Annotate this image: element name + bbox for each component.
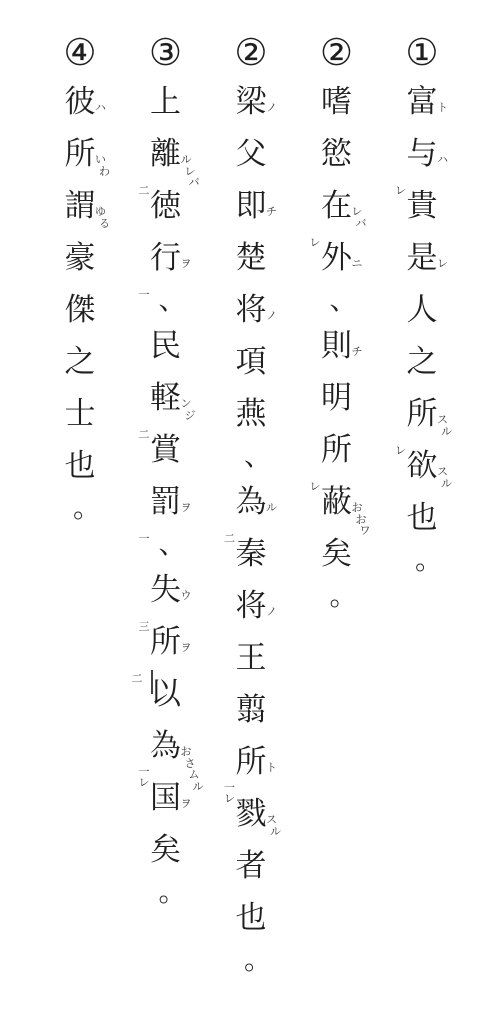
kanji-glyph: 矣 bbox=[149, 832, 183, 868]
kanji-cell: 所ト一レ bbox=[234, 744, 268, 796]
kanji-glyph: 以 bbox=[149, 676, 183, 712]
kanji-glyph: 燕 bbox=[234, 396, 268, 432]
kanji-glyph: 楚 bbox=[234, 240, 268, 276]
kanji-glyph: 蔽 bbox=[320, 484, 354, 520]
okurigana-mark: ハ bbox=[95, 102, 106, 114]
kanji-glyph: 父 bbox=[234, 136, 268, 172]
kanji-glyph: 項 bbox=[234, 344, 268, 380]
kanji-cell: 戮スル bbox=[234, 796, 268, 848]
column-number-badge: ② bbox=[315, 30, 359, 84]
kanji-glyph: 慾 bbox=[320, 136, 354, 172]
column-number-badge: ④ bbox=[58, 30, 102, 84]
kanji-cell: 所いわ bbox=[63, 136, 97, 188]
okurigana-mark: ト bbox=[266, 762, 277, 774]
kanji-cell: 与ハレ bbox=[405, 136, 439, 188]
kanji-glyph: 彼 bbox=[63, 84, 97, 120]
kanji-glyph: 也 bbox=[405, 500, 439, 536]
kanji-glyph: 所 bbox=[149, 624, 183, 660]
kanji-cell: 彼ハ bbox=[63, 84, 97, 136]
column-number-badge: ② bbox=[229, 30, 273, 84]
kanji-glyph: 王 bbox=[234, 640, 268, 676]
kanbun-column-5: ④彼ハ所いわ謂ゆる豪傑之士也。 bbox=[44, 30, 116, 536]
okurigana-mark: レ bbox=[437, 258, 448, 270]
punctuation-glyph: 。 bbox=[412, 546, 446, 574]
kanji-cell: 所スルレ bbox=[405, 396, 439, 448]
okurigana-mark: ンジ bbox=[181, 398, 196, 421]
punctuation-cell: 、 bbox=[149, 536, 183, 572]
kanji-glyph: 梁 bbox=[234, 84, 268, 120]
kanji-glyph: 罰 bbox=[149, 484, 183, 520]
okurigana-mark: ヲ bbox=[181, 258, 192, 270]
kanji-glyph: 欲 bbox=[405, 448, 439, 484]
okurigana-mark: ノ bbox=[266, 102, 277, 114]
kanji-glyph: 行 bbox=[149, 240, 183, 276]
kanji-glyph: 明 bbox=[320, 380, 354, 416]
kanji-glyph: 富 bbox=[405, 84, 439, 120]
punctuation-cell: 、 bbox=[320, 292, 354, 328]
okurigana-mark: ヲ bbox=[181, 642, 192, 654]
kanji-cell: 項 bbox=[234, 344, 268, 396]
kanji-glyph: 之 bbox=[63, 344, 97, 380]
kanji-cell: 国ヲ bbox=[149, 780, 183, 832]
kanji-cell: 貴 bbox=[405, 188, 439, 240]
kanji-glyph: 也 bbox=[234, 900, 268, 936]
kanji-cell: 傑 bbox=[63, 292, 97, 344]
kanji-cell: 梁ノ bbox=[234, 84, 268, 136]
kanbun-column-1: ①富ト与ハレ貴是レ人之所スルレ欲スル也。 bbox=[386, 30, 458, 588]
okurigana-mark: ト bbox=[437, 102, 448, 114]
kanji-glyph: 失 bbox=[149, 572, 183, 608]
kanji-cell: 豪 bbox=[63, 240, 97, 292]
kanji-glyph: 傑 bbox=[63, 292, 97, 328]
kanji-cell: 者 bbox=[234, 848, 268, 900]
kanji-cell: 則チ bbox=[320, 328, 354, 380]
kanji-glyph: 在 bbox=[320, 188, 354, 224]
kanji-glyph: 離 bbox=[149, 136, 183, 172]
kanji-glyph: 賞 bbox=[149, 432, 183, 468]
kanji-glyph: 徳 bbox=[149, 188, 183, 224]
okurigana-mark: ノ bbox=[266, 606, 277, 618]
okurigana-mark: スル bbox=[266, 814, 281, 837]
kanji-glyph: 矣 bbox=[320, 536, 354, 572]
kanji-glyph: 戮 bbox=[234, 796, 268, 832]
kanji-cell: 之 bbox=[63, 344, 97, 396]
kanji-glyph: 人 bbox=[405, 292, 439, 328]
kanji-cell: 欲スル bbox=[405, 448, 439, 500]
punctuation-cell: 、 bbox=[234, 448, 268, 484]
okurigana-mark: おさムル bbox=[181, 746, 204, 792]
okurigana-mark: スル bbox=[437, 414, 452, 437]
kanji-glyph: 謂 bbox=[63, 188, 97, 224]
punctuation-glyph: 、 bbox=[156, 530, 190, 558]
punctuation-glyph: 、 bbox=[156, 286, 190, 314]
kanji-cell: 之 bbox=[405, 344, 439, 396]
kanji-cell: 賞 bbox=[149, 432, 183, 484]
kanji-glyph: 所 bbox=[320, 432, 354, 468]
kanji-cell: 為ル二 bbox=[234, 484, 268, 536]
kanji-glyph: 為 bbox=[234, 484, 268, 520]
kanji-glyph: 是 bbox=[405, 240, 439, 276]
kanji-cell: 軽ンジ二 bbox=[149, 380, 183, 432]
kanji-glyph: 翦 bbox=[234, 692, 268, 728]
kaeriten-mark: 二 bbox=[132, 673, 143, 684]
kanbun-column-2: ②嗜慾在レバレ外ニ、則チ明所レ蔽おおワ矣。 bbox=[301, 30, 373, 624]
kanji-glyph: 民 bbox=[149, 328, 183, 364]
punctuation-cell: 。 bbox=[405, 552, 439, 588]
kanji-cell: 人 bbox=[405, 292, 439, 344]
kanji-cell: 慾 bbox=[320, 136, 354, 188]
kanji-glyph: 外 bbox=[320, 240, 354, 276]
kanbun-column-3: ②梁ノ父即チ楚将ノ項燕、為ル二秦将ノ王翦所ト一レ戮スル者也。 bbox=[215, 30, 287, 988]
kanji-cell: 失ウ三 bbox=[149, 572, 183, 624]
punctuation-glyph: 。 bbox=[241, 946, 275, 974]
kanji-glyph: 則 bbox=[320, 328, 354, 364]
column-number-badge: ③ bbox=[144, 30, 188, 84]
kanji-cell: 離ルレバ二 bbox=[149, 136, 183, 188]
okurigana-mark: ウ bbox=[181, 590, 192, 602]
kanji-cell: 楚 bbox=[234, 240, 268, 292]
okurigana-mark: いわ bbox=[95, 154, 110, 177]
punctuation-glyph: 、 bbox=[241, 442, 275, 470]
punctuation-glyph: 。 bbox=[327, 582, 361, 610]
kanji-glyph: 豪 bbox=[63, 240, 97, 276]
okurigana-mark: ハ bbox=[437, 154, 448, 166]
okurigana-mark: ヲ bbox=[181, 502, 192, 514]
kanji-glyph: 貴 bbox=[405, 188, 439, 224]
kanji-cell: 以 bbox=[149, 676, 183, 728]
kanji-glyph: 軽 bbox=[149, 380, 183, 416]
kanji-cell: 秦 bbox=[234, 536, 268, 588]
okurigana-mark: ノ bbox=[266, 310, 277, 322]
kanji-cell: 謂ゆる bbox=[63, 188, 97, 240]
kanji-glyph: 也 bbox=[63, 448, 97, 484]
kanji-glyph: 所 bbox=[63, 136, 97, 172]
kanji-glyph: 将 bbox=[234, 588, 268, 624]
kanji-glyph: 所 bbox=[234, 744, 268, 780]
kanji-cell: 将ノ bbox=[234, 588, 268, 640]
kanji-glyph: 秦 bbox=[234, 536, 268, 572]
kanbun-page: ①富ト与ハレ貴是レ人之所スルレ欲スル也。②嗜慾在レバレ外ニ、則チ明所レ蔽おおワ矣… bbox=[0, 0, 482, 1024]
kanji-cell: 所ヲ二 bbox=[149, 624, 183, 676]
kanji-glyph: 為 bbox=[149, 728, 183, 764]
kanji-glyph: 之 bbox=[405, 344, 439, 380]
punctuation-cell: 。 bbox=[149, 884, 183, 920]
okurigana-mark: ヲ bbox=[181, 798, 192, 810]
kanji-cell: 富ト bbox=[405, 84, 439, 136]
kanji-cell: 士 bbox=[63, 396, 97, 448]
punctuation-cell: 。 bbox=[234, 952, 268, 988]
kanji-cell: 即チ bbox=[234, 188, 268, 240]
kanji-glyph: 上 bbox=[149, 84, 183, 120]
kanji-cell: 将ノ bbox=[234, 292, 268, 344]
okurigana-mark: スル bbox=[437, 466, 452, 489]
kanji-glyph: 所 bbox=[405, 396, 439, 432]
kanbun-column-4: ③上離ルレバ二徳行ヲ一、民軽ンジ二賞罰ヲ一、失ウ三所ヲ二以為おさムル一レ国ヲ矣。 bbox=[130, 30, 202, 920]
kanji-cell: 在レバレ bbox=[320, 188, 354, 240]
kanji-glyph: 嗜 bbox=[320, 84, 354, 120]
okurigana-mark: ニ bbox=[352, 258, 363, 270]
kanji-glyph: 将 bbox=[234, 292, 268, 328]
punctuation-glyph: 、 bbox=[327, 286, 361, 314]
kanji-glyph: 即 bbox=[234, 188, 268, 224]
okurigana-mark: ル bbox=[266, 502, 277, 514]
punctuation-cell: 。 bbox=[320, 588, 354, 624]
kanji-cell: 為おさムル一レ bbox=[149, 728, 183, 780]
okurigana-mark: レバ bbox=[352, 206, 367, 229]
column-number-badge: ① bbox=[400, 30, 444, 84]
okurigana-mark: チ bbox=[266, 206, 277, 218]
kanji-cell: 蔽おおワ bbox=[320, 484, 354, 536]
kanji-cell: 徳 bbox=[149, 188, 183, 240]
kanji-glyph: 与 bbox=[405, 136, 439, 172]
okurigana-mark: ゆる bbox=[95, 206, 110, 229]
kanji-cell: 王 bbox=[234, 640, 268, 692]
kanji-cell: 翦 bbox=[234, 692, 268, 744]
kanji-cell: 嗜 bbox=[320, 84, 354, 136]
punctuation-cell: 。 bbox=[63, 500, 97, 536]
kanji-cell: 民 bbox=[149, 328, 183, 380]
kanji-glyph: 国 bbox=[149, 780, 183, 816]
okurigana-mark: おおワ bbox=[352, 502, 371, 537]
kanji-cell: 所レ bbox=[320, 432, 354, 484]
okurigana-mark: ルレバ bbox=[181, 154, 200, 189]
kanji-cell: 父 bbox=[234, 136, 268, 188]
punctuation-cell: 、 bbox=[149, 292, 183, 328]
punctuation-glyph: 。 bbox=[70, 494, 104, 522]
punctuation-glyph: 。 bbox=[156, 878, 190, 906]
okurigana-mark: チ bbox=[352, 346, 363, 358]
kanji-cell: 上 bbox=[149, 84, 183, 136]
kanji-glyph: 者 bbox=[234, 848, 268, 884]
kanji-cell: 明 bbox=[320, 380, 354, 432]
kanji-glyph: 士 bbox=[63, 396, 97, 432]
kanji-cell: 是レ bbox=[405, 240, 439, 292]
